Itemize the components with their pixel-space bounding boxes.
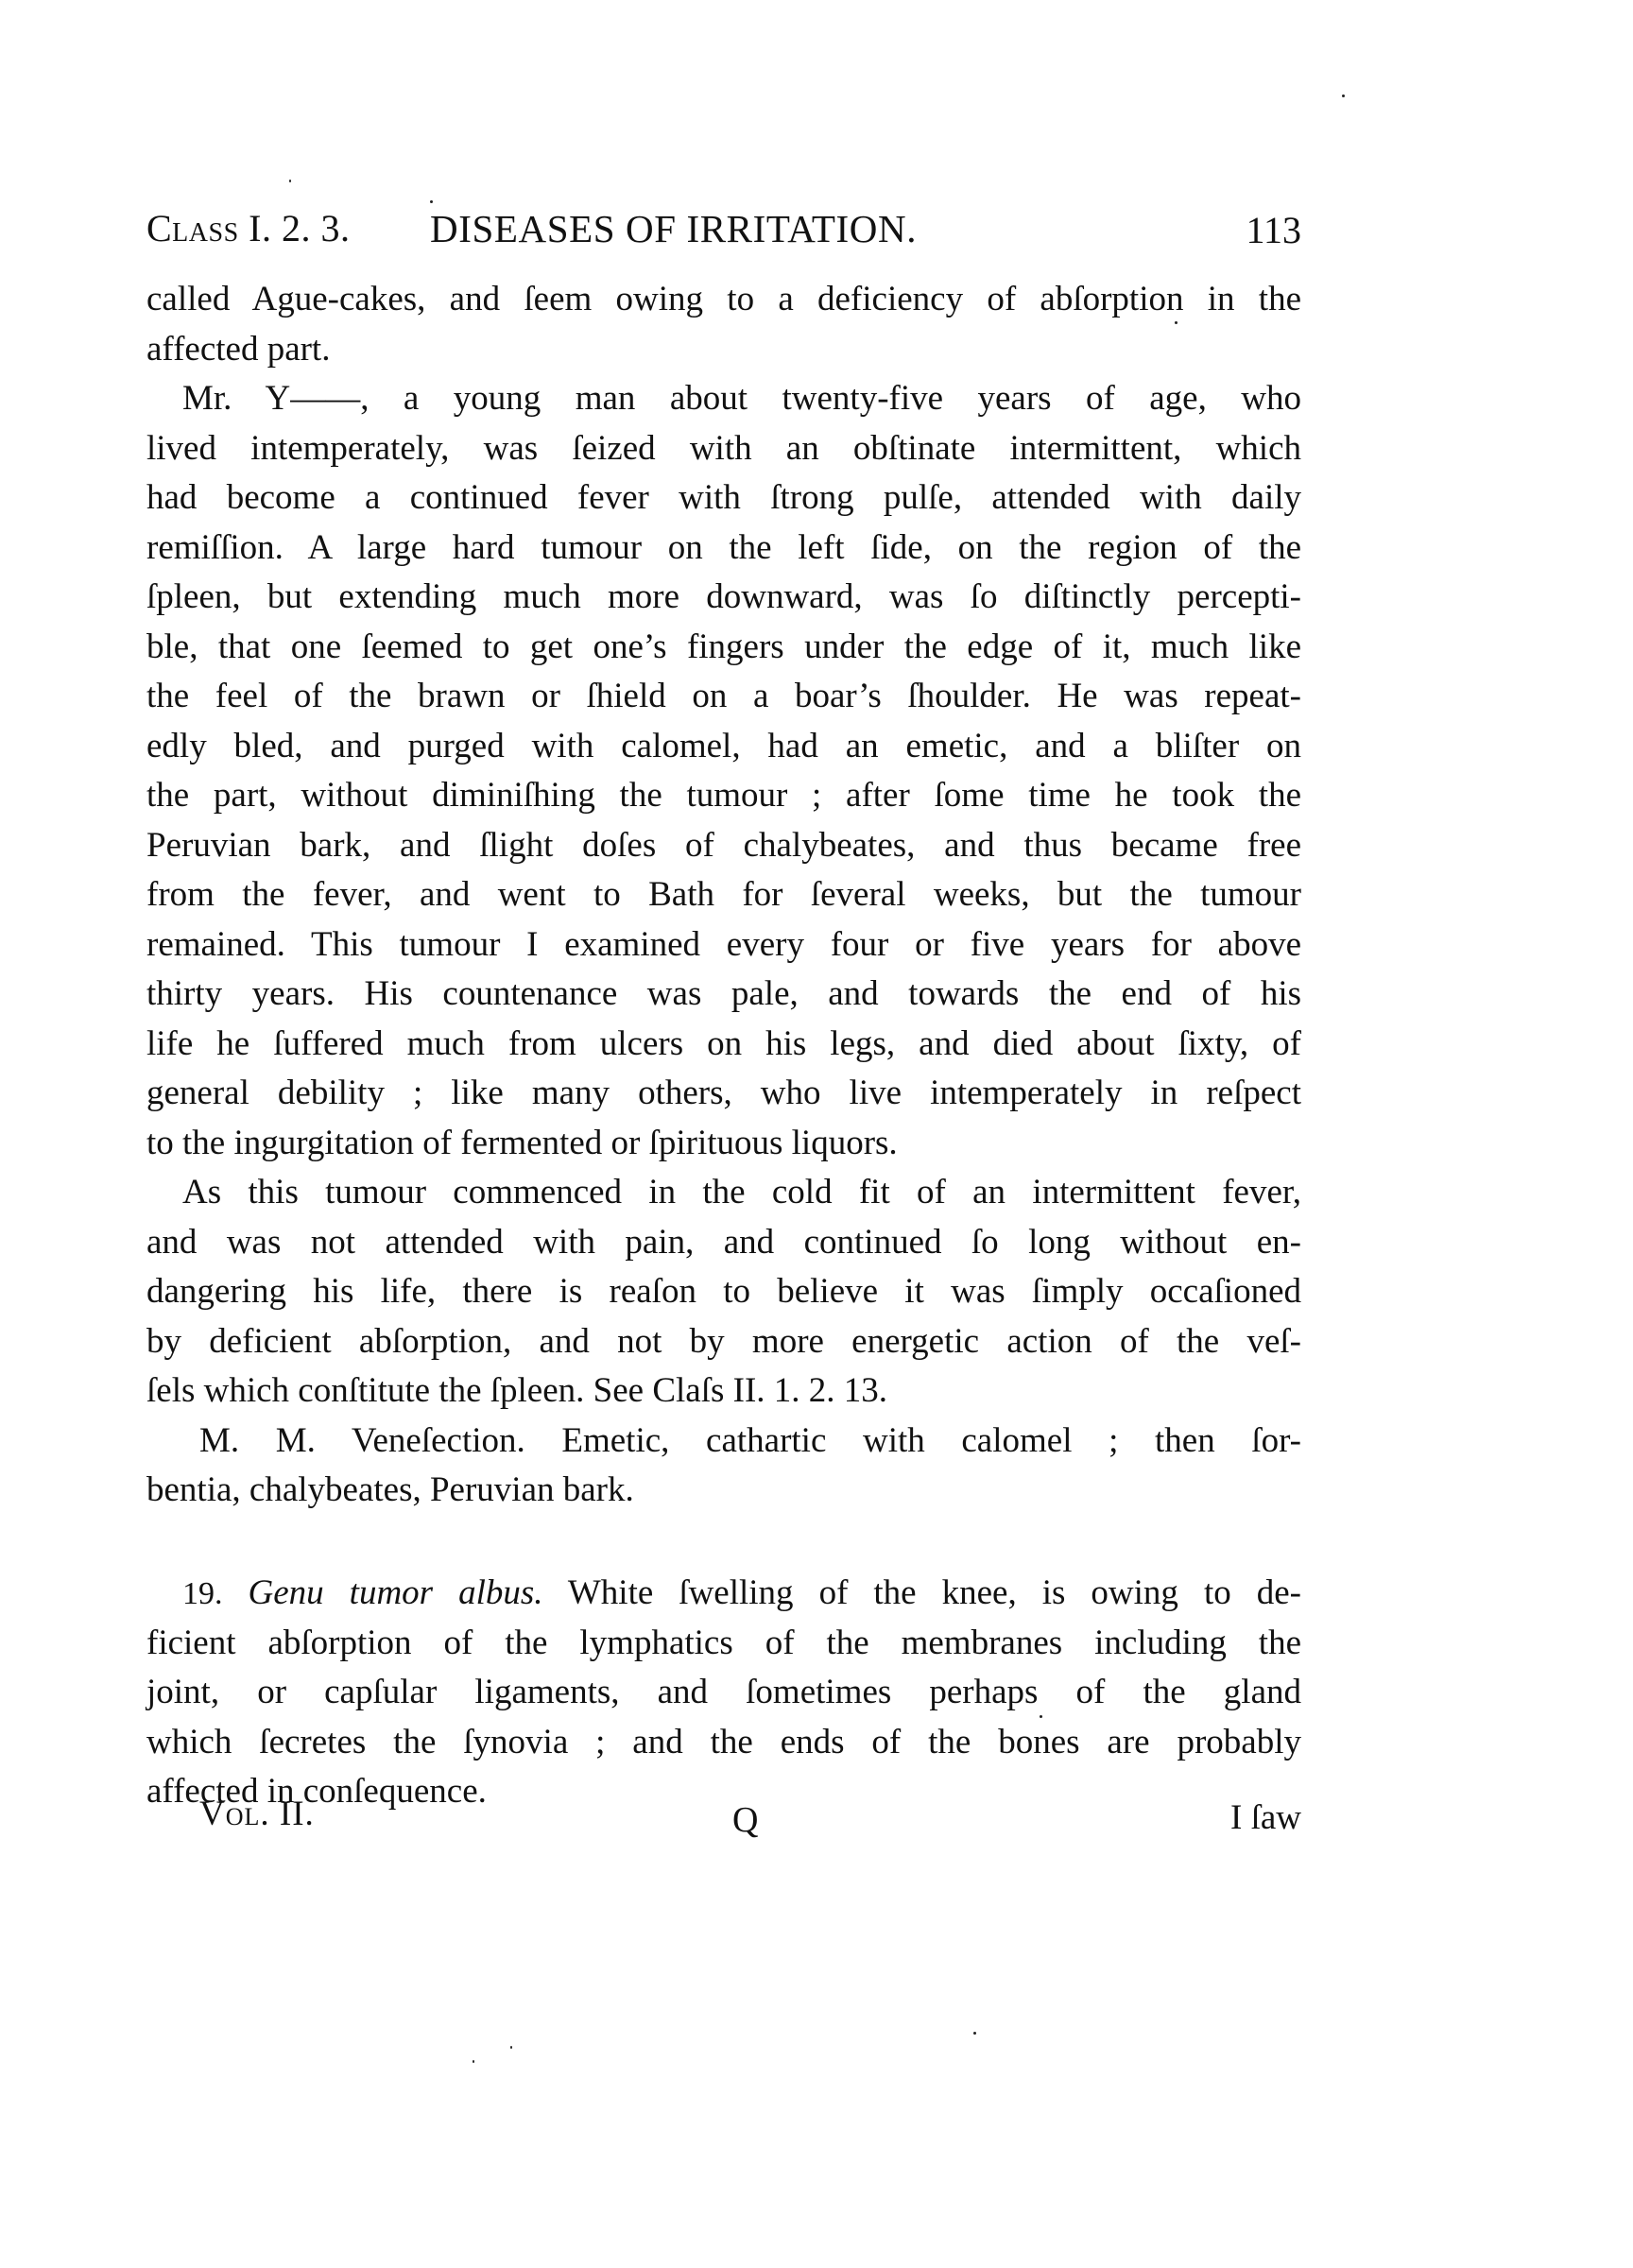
class-label: Class: [146, 207, 239, 249]
text-line: remiſſion. A large hard tumour on the le…: [146, 524, 1301, 574]
class-number: I. 2. 3.: [239, 207, 351, 249]
text-line: to the ingurgitation of fermented or ſpi…: [146, 1119, 1301, 1169]
text-line: from the fever, and went to Bath for ſev…: [146, 870, 1301, 920]
scan-speck: [473, 2060, 474, 2063]
body-text: called Ague-cakes, and ſeem owing to a d…: [146, 275, 1301, 1817]
section-spacer: [146, 1516, 1301, 1566]
catchword: I ſaw: [1230, 1790, 1301, 1847]
signature-mark: Q: [732, 1792, 758, 1848]
text-line: lived intemperately, was ſeized with an …: [146, 424, 1301, 474]
paragraph-start-line: Mr. Y——, a young man about twenty-five y…: [146, 374, 1301, 424]
text-line: life he ſuffered much from ulcers on his…: [146, 1020, 1301, 1070]
text-line: ficient abſorption of the lymphatics of …: [146, 1619, 1301, 1669]
text-line: ſels which conſtitute the ſpleen. See Cl…: [146, 1366, 1301, 1417]
text-line: had become a continued fever with ſtrong…: [146, 473, 1301, 524]
text-line: by deficient abſorption, and not by more…: [146, 1317, 1301, 1367]
text-line: the feel of the brawn or ſhield on a boa…: [146, 672, 1301, 722]
section-first-line-text: White ſwelling of the knee, is owing to …: [568, 1573, 1301, 1612]
text-line: affected part.: [146, 325, 1301, 375]
class-reference: Class I. 2. 3.: [146, 200, 350, 257]
text-line: edly bled, and purged with calomel, had …: [146, 722, 1301, 772]
scan-speck: [1342, 94, 1345, 97]
section-latin-title: Genu tumor albus.: [249, 1573, 543, 1612]
text-line: dangering his life, there is reaſon to b…: [146, 1267, 1301, 1317]
section-19-heading-line: 19. Genu tumor albus. White ſwelling of …: [146, 1569, 1301, 1619]
text-line: joint, or capſular ligaments, and ſometi…: [146, 1668, 1301, 1718]
text-line: ſpleen, but extending much more downward…: [146, 573, 1301, 623]
book-page: Class I. 2. 3. DISEASES OF IRRITATION. 1…: [0, 0, 1633, 2268]
scan-speck: [289, 180, 291, 182]
running-title: DISEASES OF IRRITATION.: [430, 200, 917, 257]
text-line: general debility ; like many others, who…: [146, 1069, 1301, 1119]
section-number: 19.: [182, 1576, 223, 1611]
running-head: Class I. 2. 3. DISEASES OF IRRITATION. 1…: [146, 200, 1301, 257]
text-line: ble, that one ſeemed to get one’s finger…: [146, 623, 1301, 673]
text-line: bentia, chalybeates, Peruvian bark.: [146, 1466, 1301, 1516]
paragraph-start-line: As this tumour commenced in the cold fit…: [146, 1168, 1301, 1218]
text-line: remained. This tumour I examined every f…: [146, 920, 1301, 971]
text-line: Peruvian bark, and ſlight doſes of chaly…: [146, 821, 1301, 871]
text-line: thirty years. His countenance was pale, …: [146, 970, 1301, 1020]
scan-speck: [973, 2032, 976, 2035]
volume-label: Vol. II.: [199, 1786, 315, 1843]
text-line: and was not attended with pain, and cont…: [146, 1218, 1301, 1268]
materia-medica-line: M. M. Veneſection. Emetic, cathartic wit…: [146, 1417, 1301, 1467]
page-footer: Vol. II. Q I ſaw: [146, 1786, 1301, 1843]
text-line: which ſecretes the ſynovia ; and the end…: [146, 1718, 1301, 1768]
text-line: the part, without diminiſhing the tumour…: [146, 771, 1301, 821]
page-number: 113: [1246, 202, 1301, 259]
text-line: called Ague-cakes, and ſeem owing to a d…: [146, 275, 1301, 325]
scan-speck: [510, 2046, 512, 2049]
